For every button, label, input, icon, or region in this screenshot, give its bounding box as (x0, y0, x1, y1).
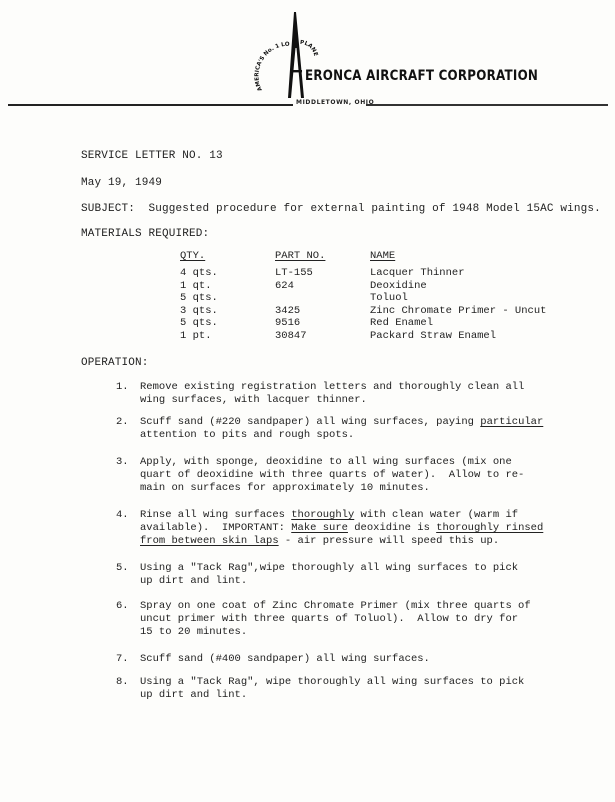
step-line: from between skin laps - air pressure wi… (140, 535, 580, 548)
cell-name: Packard Straw Enamel (370, 330, 496, 343)
cell-qty: 5 qts. (180, 292, 218, 305)
step-number: 5. (116, 562, 138, 575)
step-text: Scuff sand (#400 sandpaper) all wing sur… (140, 653, 580, 666)
step-number: 6. (116, 600, 138, 613)
step-text: Using a "Tack Rag",wipe thoroughly all w… (140, 562, 580, 588)
step-line: Scuff sand (#220 sandpaper) all wing sur… (140, 416, 580, 429)
cell-qty: 3 qts. (180, 305, 218, 318)
emphasis-underline: from between skin laps (140, 535, 279, 547)
letterhead-rule-left (8, 104, 293, 106)
step-line: available). IMPORTANT: Make sure deoxidi… (140, 522, 580, 535)
step-line: up dirt and lint. (140, 689, 580, 702)
subject-text: Suggested procedure for external paintin… (149, 203, 601, 215)
step-line: Scuff sand (#400 sandpaper) all wing sur… (140, 653, 580, 666)
step-number: 3. (116, 456, 138, 469)
company-city: MIDDLETOWN, OHIO (296, 99, 374, 106)
emphasis-underline: particular (480, 416, 543, 428)
cell-name: Zinc Chromate Primer - Uncut (370, 305, 546, 318)
step-text: Using a "Tack Rag", wipe thoroughly all … (140, 676, 580, 702)
cell-part-no: LT-155 (275, 267, 313, 280)
step-text: Apply, with sponge, deoxidine to all win… (140, 456, 580, 495)
cell-part-no: 3425 (275, 305, 300, 318)
step-line-text: Scuff sand (#220 sandpaper) all wing sur… (140, 416, 480, 428)
step-line: main on surfaces for approximately 10 mi… (140, 482, 580, 495)
emphasis-underline: Make sure (291, 522, 348, 534)
step-number: 8. (116, 676, 138, 689)
step-line: Apply, with sponge, deoxidine to all win… (140, 456, 580, 469)
column-header-part-no: PART NO. (275, 249, 325, 263)
cell-qty: 5 qts. (180, 317, 218, 330)
aeronca-logo-icon: AMERICA'S No. 1 LOW COST PLANE (250, 8, 320, 98)
cell-name: Red Enamel (370, 317, 433, 330)
cell-qty: 1 pt. (180, 330, 212, 343)
step-number: 1. (116, 381, 138, 394)
subject-line: SUBJECT: Suggested procedure for externa… (81, 203, 601, 216)
step-number: 7. (116, 653, 138, 666)
step-line: Rinse all wing surfaces thoroughly with … (140, 509, 580, 522)
letterhead-rule-right (366, 104, 608, 106)
service-letter-number: SERVICE LETTER NO. 13 (81, 150, 223, 163)
cell-part-no: 30847 (275, 330, 307, 343)
cell-name: Lacquer Thinner (370, 267, 465, 280)
step-line-text: deoxidine is (348, 522, 436, 534)
step-line-text: - air pressure will speed this up. (279, 535, 500, 547)
cell-name: Toluol (370, 292, 408, 305)
cell-name: Deoxidine (370, 280, 427, 293)
cell-qty: 1 qt. (180, 280, 212, 293)
step-text: Scuff sand (#220 sandpaper) all wing sur… (140, 416, 580, 442)
step-line-text: available). IMPORTANT: (140, 522, 291, 534)
step-line-text: Rinse all wing surfaces (140, 509, 291, 521)
step-line: Remove existing registration letters and… (140, 381, 580, 394)
step-number: 4. (116, 509, 138, 522)
step-text: Remove existing registration letters and… (140, 381, 580, 407)
cell-part-no: 624 (275, 280, 294, 293)
column-header-qty: QTY. (180, 249, 205, 263)
letter-date: May 19, 1949 (81, 177, 162, 190)
step-line: Spray on one coat of Zinc Chromate Prime… (140, 600, 580, 613)
step-line: wing surfaces, with lacquer thinner. (140, 394, 580, 407)
step-text: Rinse all wing surfaces thoroughly with … (140, 509, 580, 548)
svg-text:AMERICA'S No. 1 LOW COST: AMERICA'S No. 1 LOW COST (250, 8, 290, 92)
cell-qty: 4 qts. (180, 267, 218, 280)
service-letter-page: AMERICA'S No. 1 LOW COST PLANE ERONCA AI… (0, 0, 615, 802)
emphasis-underline: thoroughly rinsed (436, 522, 543, 534)
cell-part-no: 9516 (275, 317, 300, 330)
step-line: quart of deoxidine with three quarts of … (140, 469, 580, 482)
company-name: ERONCA AIRCRAFT CORPORATION (305, 68, 538, 84)
step-line: 15 to 20 minutes. (140, 626, 580, 639)
step-line: Using a "Tack Rag", wipe thoroughly all … (140, 676, 580, 689)
step-line: up dirt and lint. (140, 575, 580, 588)
operations-label: OPERATION: (81, 357, 149, 370)
step-line: Using a "Tack Rag",wipe thoroughly all w… (140, 562, 580, 575)
step-line-text: with clean water (warm if (354, 509, 518, 521)
emphasis-underline: thoroughly (291, 509, 354, 521)
step-line: uncut primer with three quarts of Toluol… (140, 613, 580, 626)
materials-required-label: MATERIALS REQUIRED: (81, 228, 209, 241)
svg-text:PLANE: PLANE (300, 40, 319, 57)
step-text: Spray on one coat of Zinc Chromate Prime… (140, 600, 580, 639)
step-line: attention to pits and rough spots. (140, 429, 580, 442)
column-header-name: NAME (370, 249, 395, 263)
step-number: 2. (116, 416, 138, 429)
letterhead: AMERICA'S No. 1 LOW COST PLANE ERONCA AI… (0, 0, 615, 120)
subject-label: SUBJECT: (81, 203, 135, 215)
